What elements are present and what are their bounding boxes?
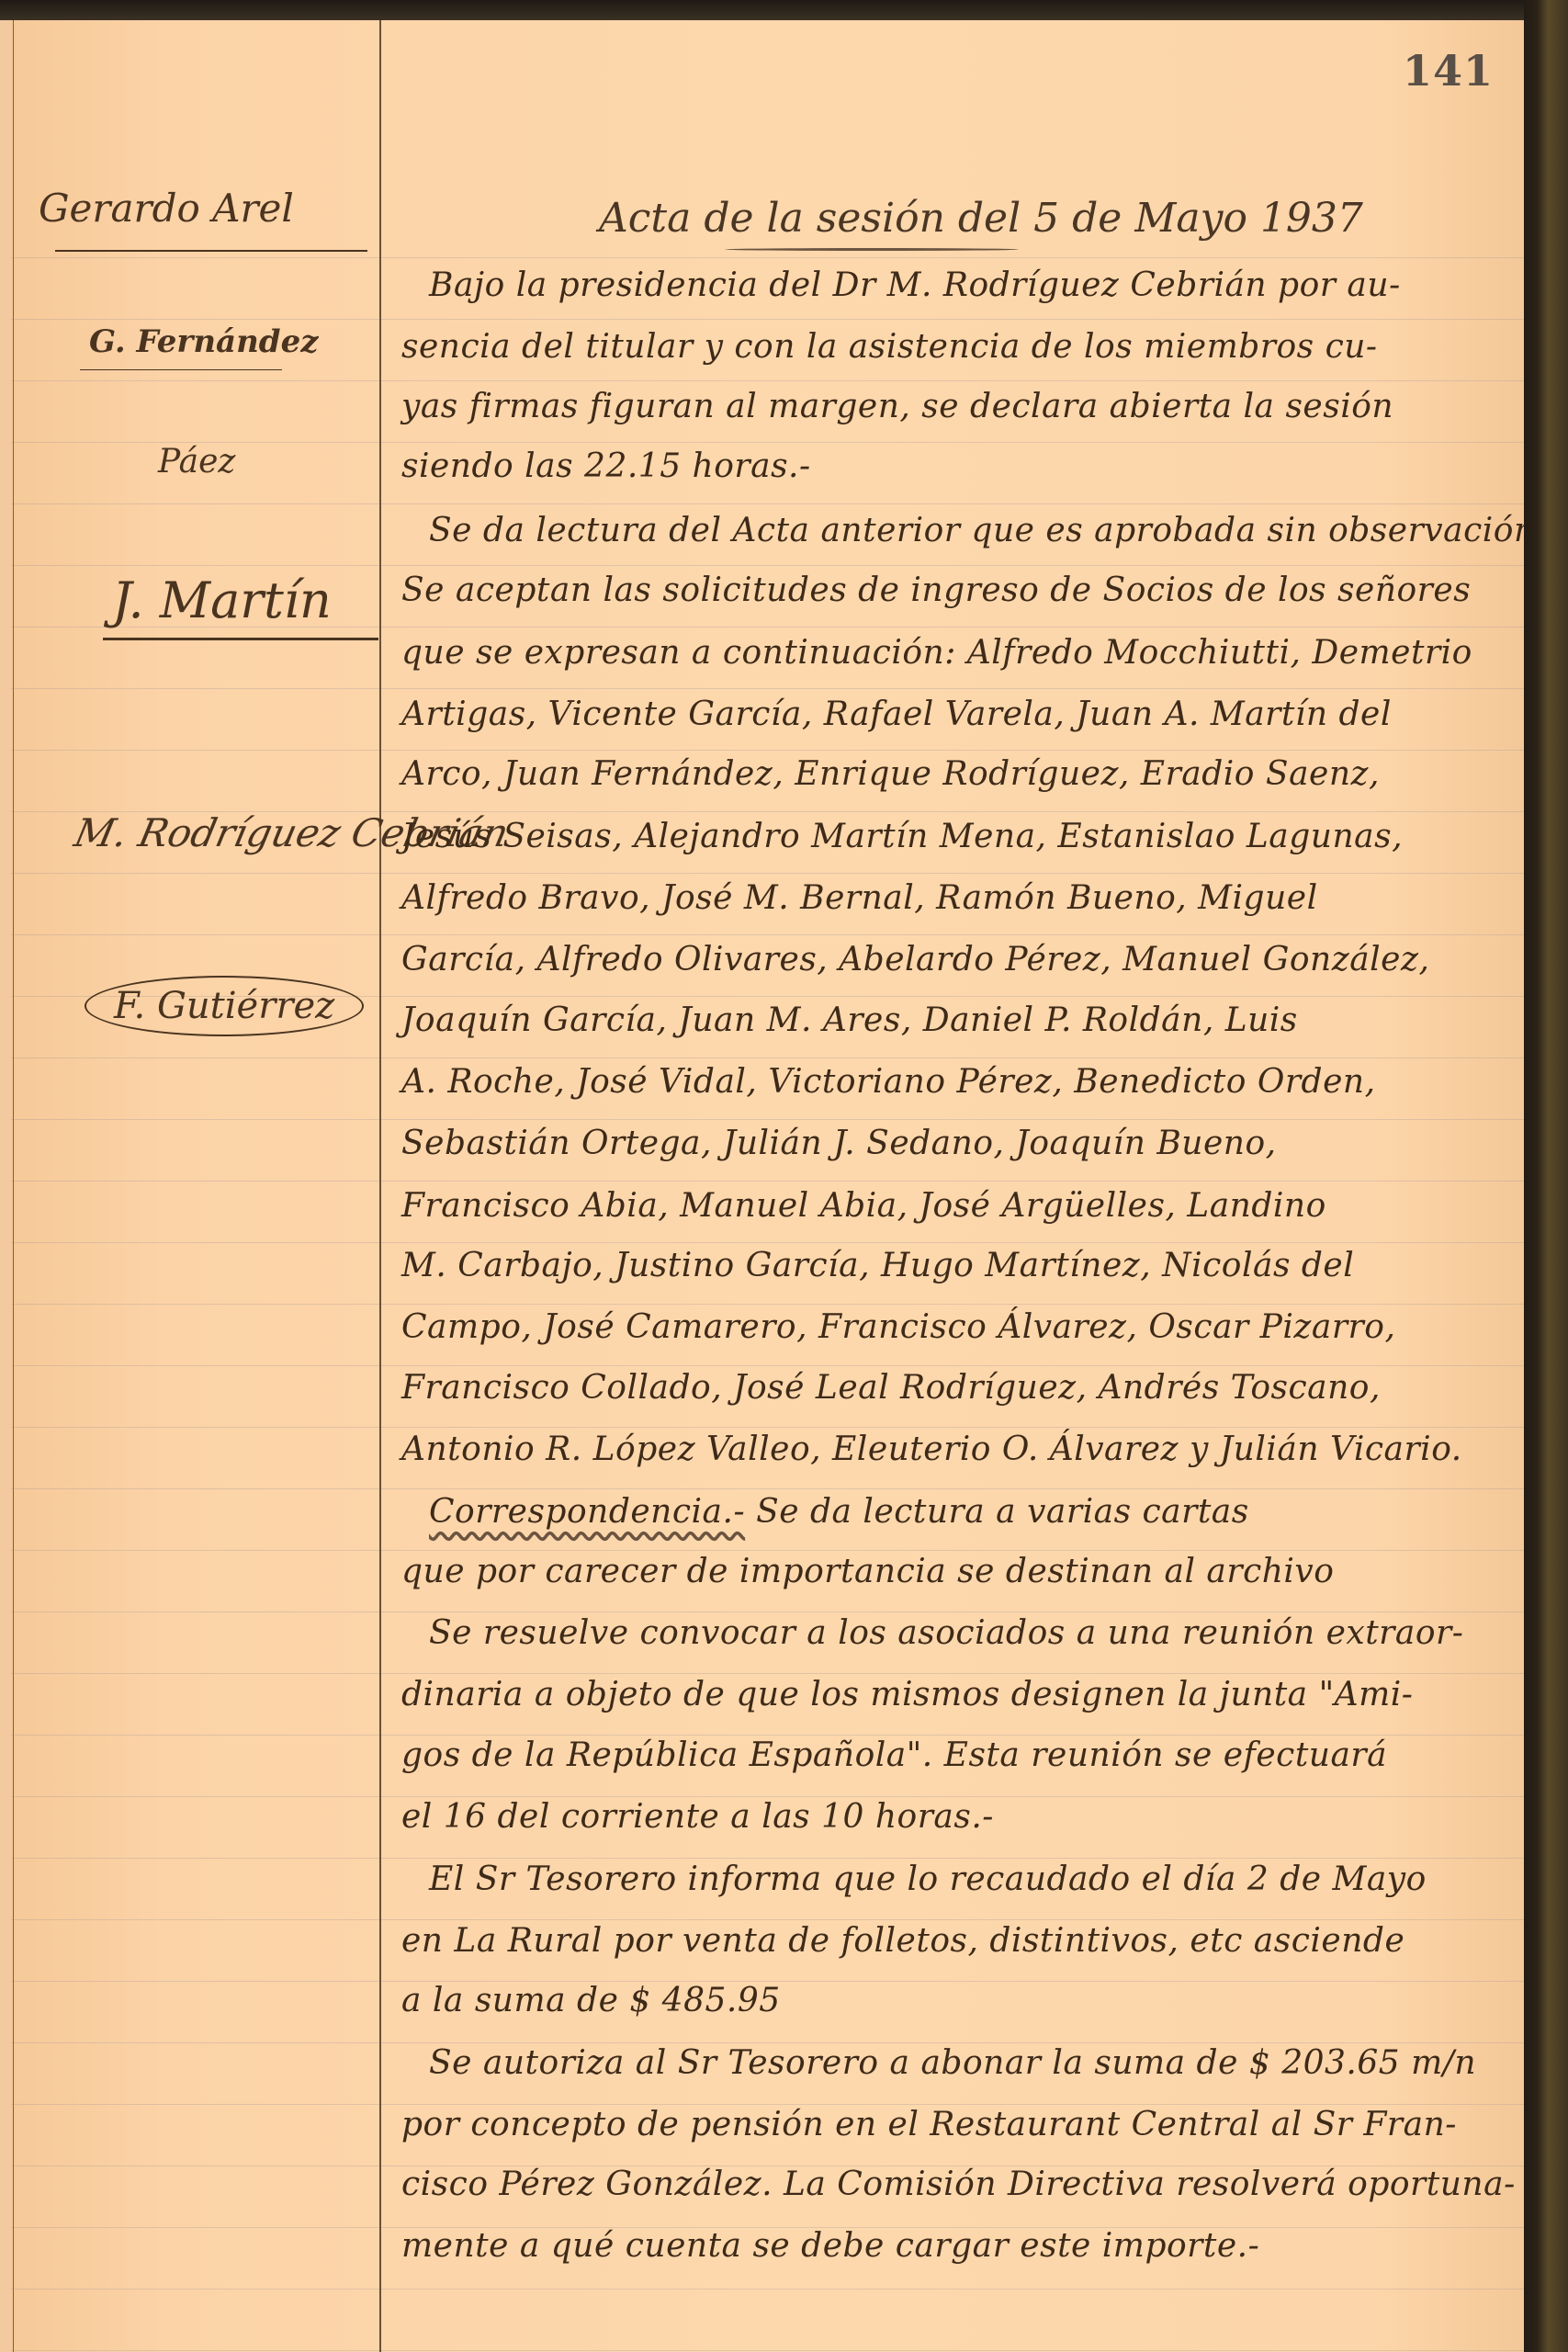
book-binding-spine	[1524, 0, 1568, 2352]
rule-line	[11, 1488, 1524, 1489]
text-line: sencia del titular y con la asistencia d…	[401, 328, 1513, 366]
rule-line	[11, 380, 1524, 381]
rule-line	[11, 1735, 1524, 1736]
text-line: siendo las 22.15 horas.-	[401, 447, 1513, 485]
signature: Páez	[158, 443, 235, 481]
text-line: dinaria a objeto de que los mismos desig…	[401, 1676, 1513, 1713]
minutes-title: Acta de la sesión del 5 de Mayo 1937	[599, 195, 1363, 242]
rule-line	[11, 1242, 1524, 1243]
text-line: Jesús Seisas, Alejandro Martín Mena, Est…	[401, 818, 1513, 855]
text-line: Se autoriza al Sr Tesorero a abonar la s…	[401, 2044, 1524, 2082]
rule-line	[11, 1427, 1524, 1428]
rule-line	[11, 2350, 1524, 2351]
text-line: en La Rural por venta de folletos, disti…	[401, 1922, 1513, 1960]
text-line: que por carecer de importancia se destin…	[401, 1553, 1513, 1590]
correspondence-line: Correspondencia.- Se da lectura a varias…	[401, 1493, 1524, 1531]
text-line: Bajo la presidencia del Dr M. Rodríguez …	[401, 266, 1524, 304]
text-line: Sebastián Ortega, Julián J. Sedano, Joaq…	[401, 1125, 1513, 1162]
rule-line	[11, 503, 1524, 504]
rule-line	[11, 1919, 1524, 1920]
ledger-page: 141 Gerardo Arel G. Fernández Páez J. Ma…	[11, 20, 1524, 2352]
text-line: mente a qué cuenta se debe cargar este i…	[401, 2227, 1513, 2265]
text-line: Francisco Abia, Manuel Abia, José Argüel…	[401, 1187, 1513, 1225]
rule-line	[11, 1858, 1524, 1859]
text-line: Antonio R. López Valleo, Eleuterio O. Ál…	[401, 1430, 1513, 1468]
text-line: M. Carbajo, Justino García, Hugo Martíne…	[401, 1247, 1513, 1284]
text-line: Artigas, Vicente García, Rafael Varela, …	[401, 695, 1513, 733]
rule-line	[11, 934, 1524, 935]
rule-line	[11, 1181, 1524, 1182]
rule-line	[11, 750, 1524, 751]
rule-line	[11, 257, 1524, 258]
page-number: 141	[1403, 46, 1494, 96]
text-line: El Sr Tesorero informa que lo recaudado …	[401, 1860, 1524, 1898]
text-line: Alfredo Bravo, José M. Bernal, Ramón Bue…	[401, 879, 1513, 917]
text-line: gos de la República Española". Esta reun…	[401, 1736, 1513, 1774]
text-line: Se aceptan las solicitudes de ingreso de…	[401, 571, 1513, 609]
rule-line	[11, 873, 1524, 874]
signature-underline	[55, 250, 367, 252]
section-label-correspondence: Correspondencia.-	[429, 1493, 745, 1531]
signature: G. Fernández	[89, 323, 319, 360]
rule-line	[11, 1796, 1524, 1797]
rule-line	[11, 442, 1524, 443]
rule-line	[11, 1057, 1524, 1058]
title-underline	[725, 248, 1019, 251]
signature: F. Gutiérrez	[85, 976, 364, 1036]
text-line: que se expresan a continuación: Alfredo …	[401, 634, 1513, 672]
rule-line	[11, 2042, 1524, 2043]
text-line: cisco Pérez González. La Comisión Direct…	[401, 2165, 1513, 2203]
signature-underline	[103, 638, 378, 640]
rule-line	[11, 1365, 1524, 1366]
rule-line	[11, 688, 1524, 689]
text-line: Joaquín García, Juan M. Ares, Daniel P. …	[401, 1001, 1513, 1039]
rule-line	[11, 2289, 1524, 2290]
page-left-rule	[13, 20, 14, 2352]
margin-rule	[379, 20, 381, 2352]
text-line: el 16 del corriente a las 10 horas.-	[401, 1798, 1513, 1836]
rule-line	[11, 1673, 1524, 1674]
rule-line	[11, 319, 1524, 320]
text-fragment: Se da lectura a varias cartas	[756, 1493, 1249, 1531]
signature: Gerardo Arel	[39, 186, 294, 231]
text-line: a la suma de $ 485.95	[401, 1982, 1513, 2019]
text-line: García, Alfredo Olivares, Abelardo Pérez…	[401, 941, 1513, 978]
rule-line	[11, 2104, 1524, 2105]
text-line: Arco, Juan Fernández, Enrique Rodríguez,…	[401, 755, 1513, 793]
rule-line	[11, 1304, 1524, 1305]
text-line: Francisco Collado, José Leal Rodríguez, …	[401, 1369, 1513, 1407]
rule-line	[11, 1550, 1524, 1551]
signature-underline	[80, 369, 282, 370]
rule-line	[11, 1611, 1524, 1612]
text-line: por concepto de pensión en el Restaurant…	[401, 2106, 1513, 2143]
text-line: Campo, José Camarero, Francisco Álvarez,…	[401, 1308, 1513, 1346]
text-line: Se da lectura del Acta anterior que es a…	[401, 512, 1524, 549]
text-line: Se resuelve convocar a los asociados a u…	[401, 1614, 1524, 1652]
signature: J. Martín	[112, 571, 332, 629]
text-line: A. Roche, José Vidal, Victoriano Pérez, …	[401, 1063, 1513, 1101]
rule-line	[11, 1119, 1524, 1120]
text-line: yas firmas figuran al margen, se declara…	[401, 388, 1513, 425]
book-binding-top	[0, 0, 1568, 20]
rule-line	[11, 565, 1524, 566]
